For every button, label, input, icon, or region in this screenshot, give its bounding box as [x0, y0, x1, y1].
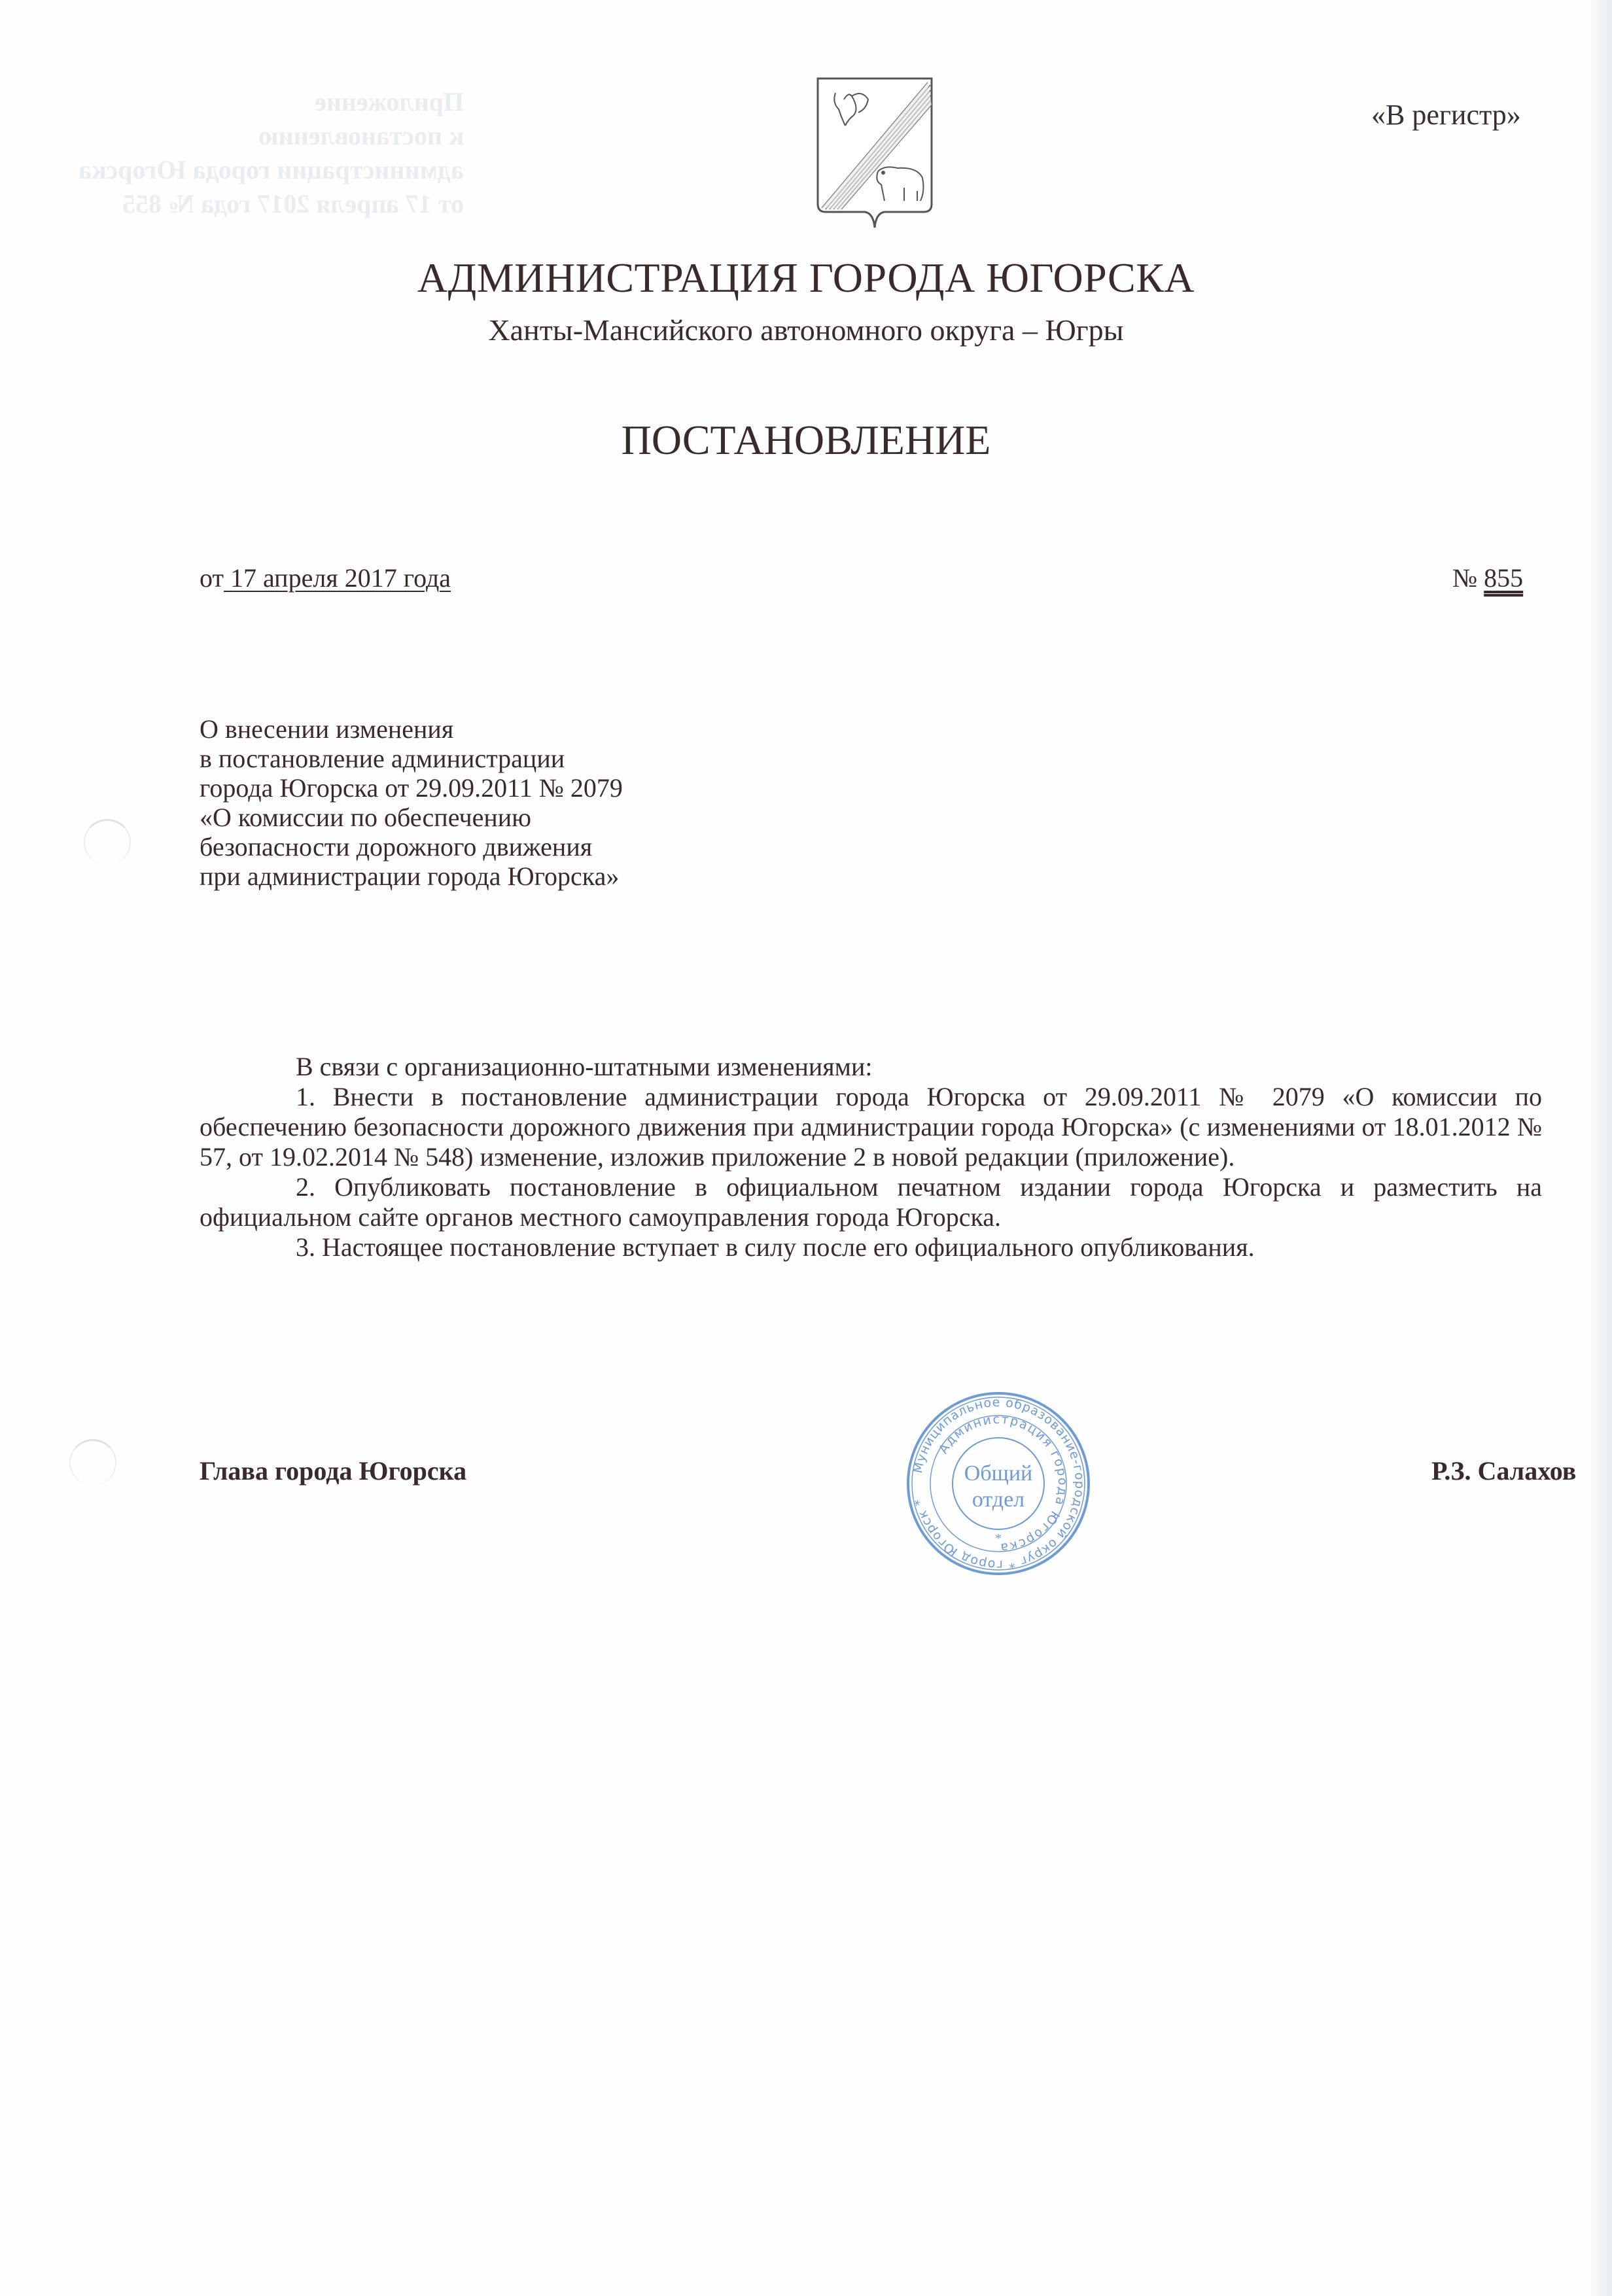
stamp-center-line1: Общий	[964, 1461, 1032, 1486]
subject-line: при администрации города Югорска»	[200, 861, 854, 891]
document-subject: О внесении изменения в постановление адм…	[200, 714, 854, 891]
date-value: 17 апреля 2017 года	[224, 563, 451, 593]
svg-text:*: *	[995, 1531, 1002, 1546]
body-item-1: 1. Внести в постановление администрации …	[200, 1082, 1542, 1172]
number-value: 855	[1484, 563, 1523, 593]
subject-line: О внесении изменения	[200, 714, 854, 744]
document-body: В связи с организационно-штатными измене…	[200, 1052, 1542, 1262]
date-prefix: от	[200, 563, 224, 593]
number-prefix: №	[1452, 563, 1484, 593]
coat-of-arms-icon	[813, 73, 937, 230]
punch-hole-mark	[69, 1439, 116, 1486]
signatory-name: Р.З. Салахов	[1431, 1455, 1576, 1486]
register-mark: «В регистр»	[1371, 98, 1521, 131]
stamp-center-line2: отдел	[972, 1487, 1025, 1512]
subject-line: безопасности дорожного движения	[200, 832, 854, 861]
document-page: Приложениек постановлениюадминистрации г…	[0, 0, 1612, 2296]
organization-name: АДМИНИСТРАЦИЯ ГОРОДА ЮГОРСКА	[0, 254, 1612, 302]
body-item-2: 2. Опубликовать постановление в официаль…	[200, 1172, 1542, 1232]
document-number: № 855	[1452, 563, 1523, 593]
preamble: В связи с организационно-штатными измене…	[200, 1052, 1542, 1082]
official-stamp-icon: Муниципальное образование-городской окру…	[900, 1385, 1096, 1582]
signatory-title: Глава города Югорска	[200, 1455, 466, 1486]
punch-hole-mark	[84, 819, 131, 865]
subject-line: «О комиссии по обеспечению	[200, 803, 854, 832]
subject-line: в постановление администрации	[200, 744, 854, 773]
bleed-through-artifact: Приложениек постановлениюадминистрации г…	[79, 85, 464, 221]
body-item-3: 3. Настоящее постановление вступает в си…	[200, 1232, 1542, 1262]
document-type: ПОСТАНОВЛЕНИЕ	[0, 416, 1612, 464]
document-date: от 17 апреля 2017 года	[200, 563, 451, 593]
region-name: Ханты-Мансийского автономного округа – Ю…	[0, 313, 1612, 347]
subject-line: города Югорска от 29.09.2011 № 2079	[200, 773, 854, 803]
